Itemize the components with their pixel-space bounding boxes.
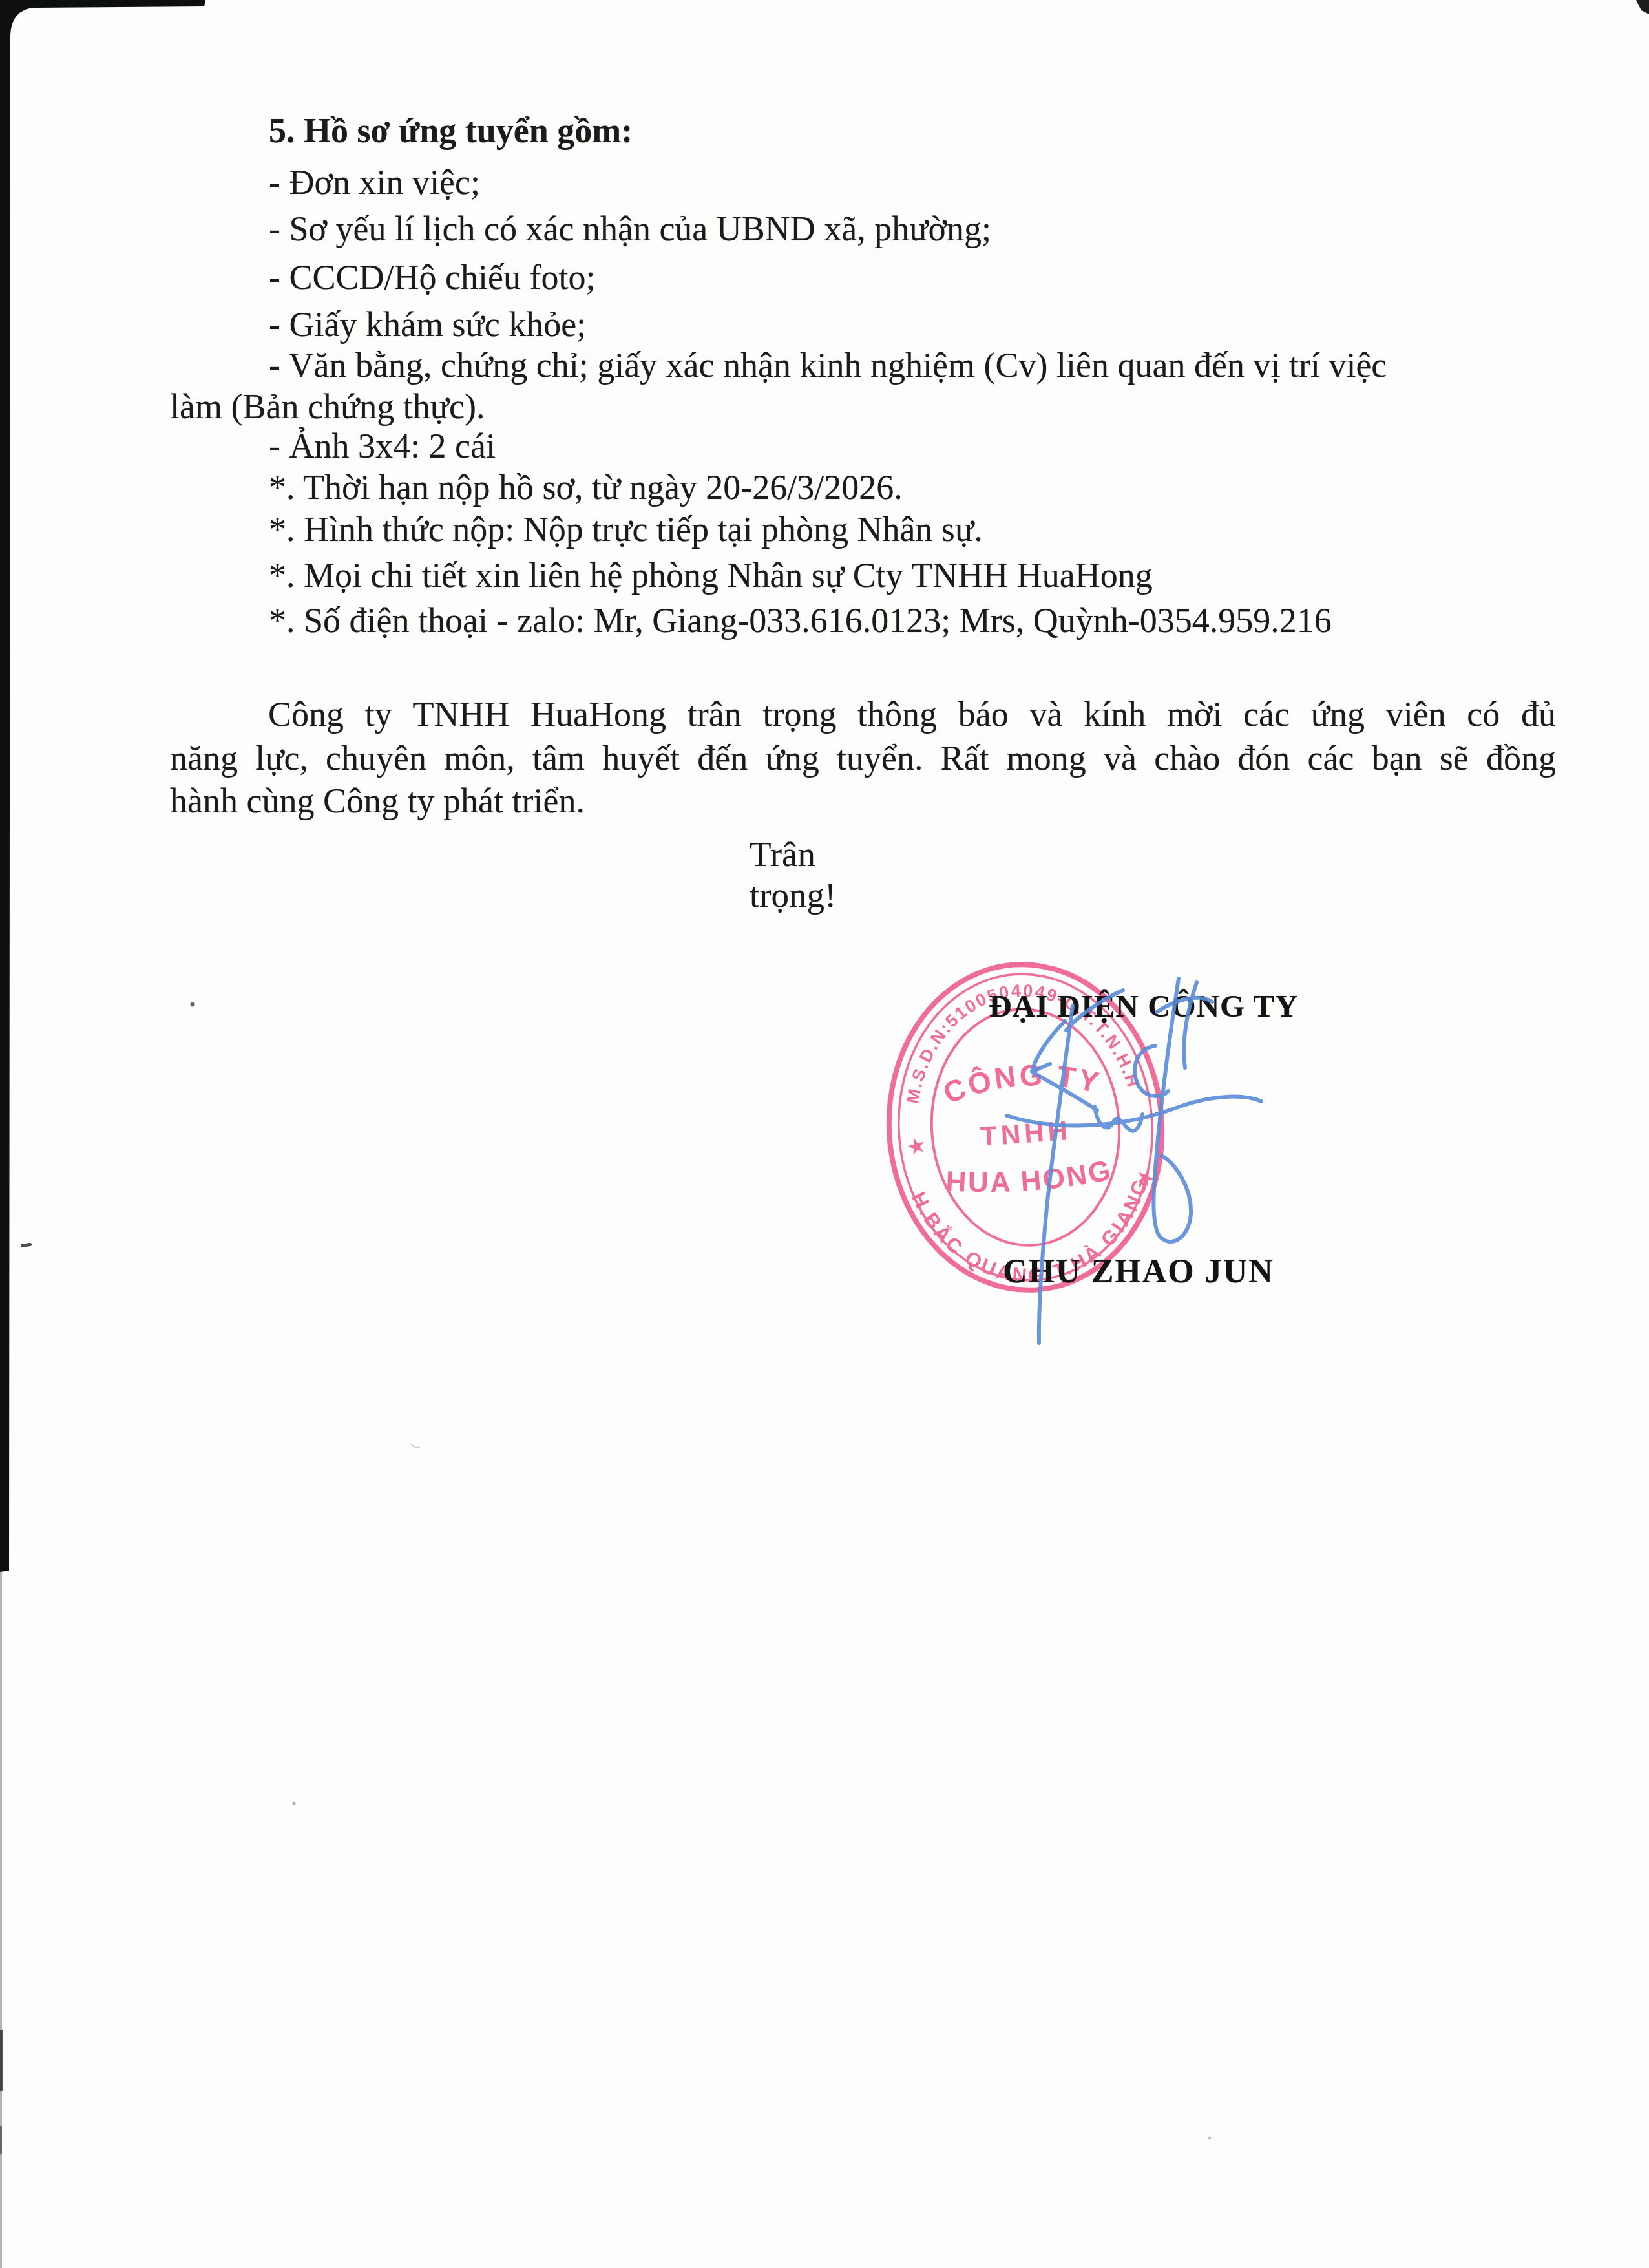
scan-edge-left-dash: [0, 2126, 2, 2154]
ink-speck: [21, 1243, 32, 1247]
scan-edge-left-dash: [0, 2030, 3, 2091]
scan-edge-top-left: [0, 0, 205, 1572]
ink-speck: [191, 1002, 195, 1007]
scan-edge-top-right: [1636, 0, 1649, 14]
scanned-document-page: M.S.D.N:5100504049-C.T.T.N.H.H H.BẮC QUA…: [0, 0, 1649, 2268]
ink-speck: [411, 1444, 420, 1447]
scan-artifacts: [0, 0, 1649, 2268]
ink-speck: [1208, 2137, 1212, 2140]
ink-speck: [292, 1801, 295, 1805]
scan-edge-left-hairline: [0, 1571, 2, 2268]
